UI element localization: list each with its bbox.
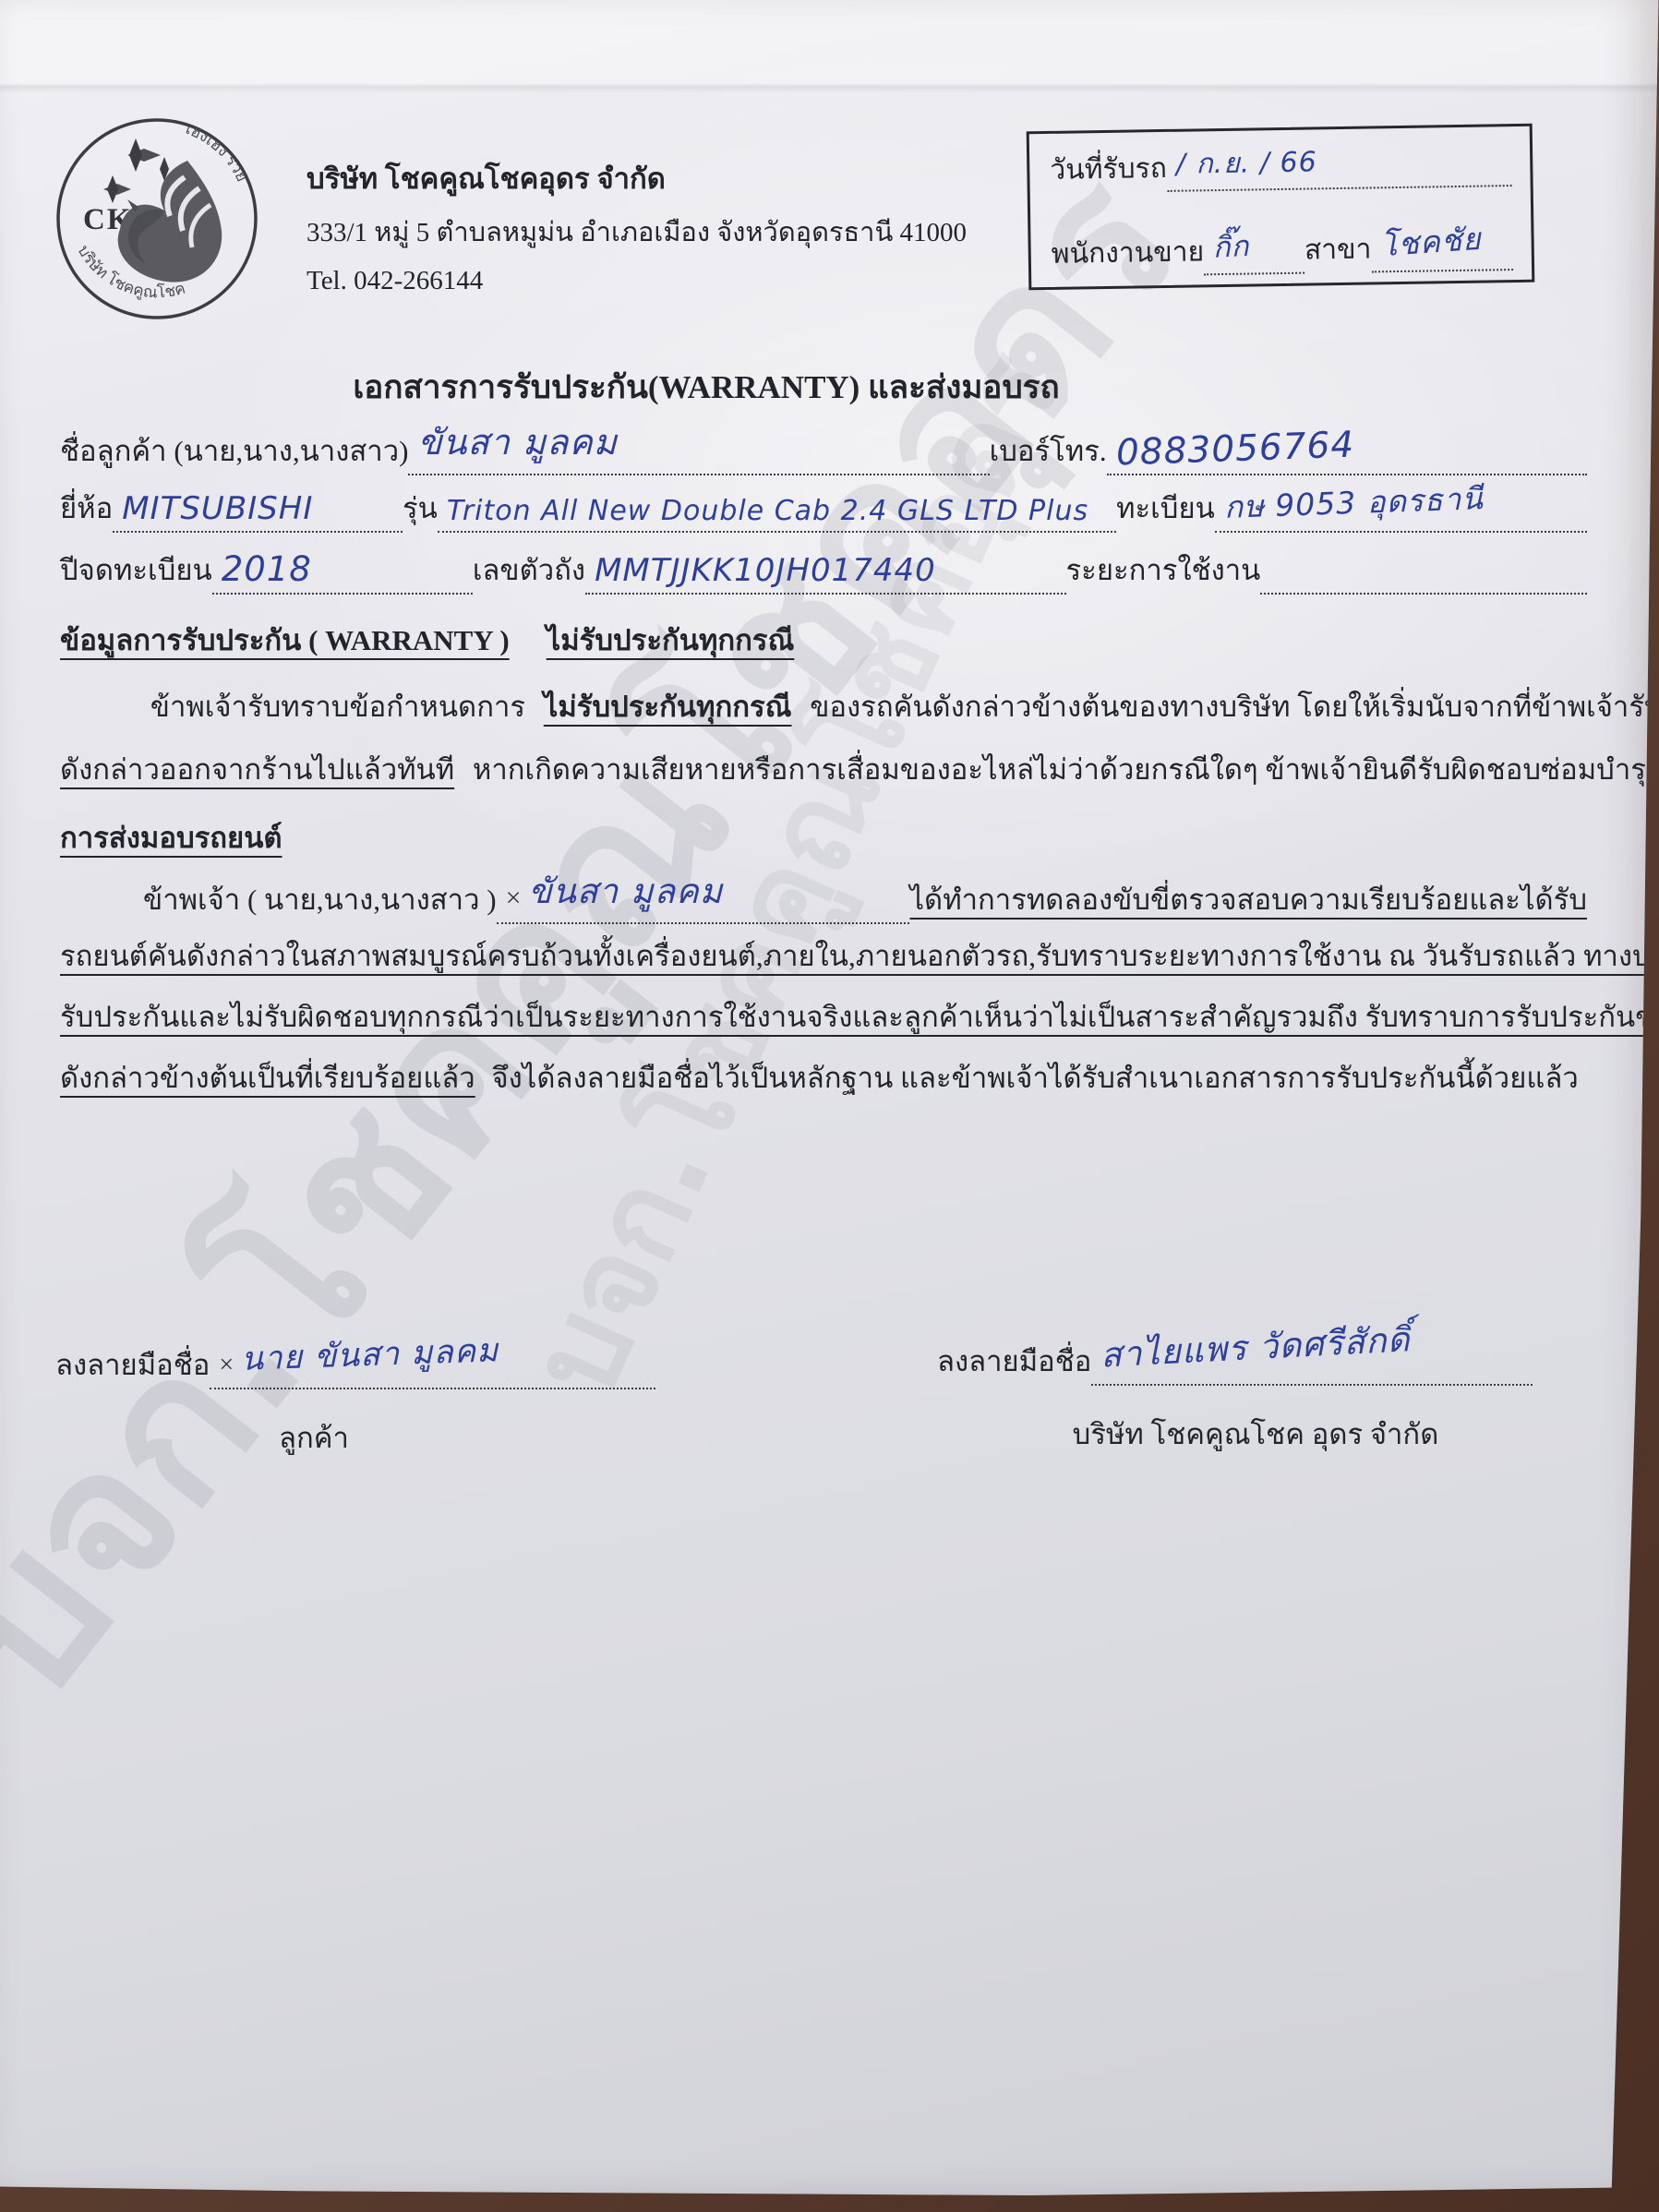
customer-signature-field: × นาย ขันสา มูลคม [210,1337,655,1389]
delivery-line3: รับประกันและไม่รับผิดชอบทุกกรณีว่าเป็นระ… [60,995,1587,1040]
document-page: บจก.โชคคูณโชคอุดร บจก.โชคคูณโชคอุดร เฮงเ… [0,0,1659,2212]
customer-role-label: ลูกค้า [55,1414,572,1461]
receipt-date-field: / ก.ย. / 66 [1167,141,1512,192]
warranty-section-heading: ข้อมูลการรับประกัน ( WARRANTY ) ไม่รับปร… [60,617,794,663]
warranty-paragraph-line1: ข้าพเจ้ารับทราบข้อกำหนดการ ไม่รับประกันท… [60,685,1587,729]
delivery-name-field: × ขันสา มูลคม [497,868,910,924]
company-signature-field: สาไยแพร วัดศรีสักดิ์ [1091,1329,1533,1386]
reg-year-field: 2018 [212,553,473,595]
vehicle-line: ยี่ห้อ MITSUBISHI รุ่น Triton All New Do… [60,482,1587,533]
receipt-date-line: วันที่รับรถ / ก.ย. / 66 [1050,141,1512,194]
brand-label: ยี่ห้อ [60,485,113,533]
customer-signature-label: ลงลายมือชื่อ [55,1341,210,1389]
customer-name-value: ขันสา มูลคม [417,414,617,470]
registration-line: ปีจดทะเบียน 2018 เลขตัวถัง MMTJJKK10JH01… [60,547,1587,595]
customer-signature-line: ลงลายมือชื่อ × นาย ขันสา มูลคม [55,1337,655,1389]
vin-label: เลขตัวถัง [473,547,585,595]
warranty-p2-emphasis: ดังกล่าวออกจากร้านไปแล้วทันที [60,753,454,786]
plate-value: กษ 9053 อุดรธานี [1223,474,1485,532]
warranty-p1-rest: ของรถคันดังกล่าวข้างต้นของทางบริษัท โดยใ… [810,691,1659,723]
receipt-date-value: / ก.ย. / 66 [1175,140,1317,186]
warranty-heading-text: ข้อมูลการรับประกัน ( WARRANTY ) [60,617,510,663]
reg-year-label: ปีจดทะเบียน [60,547,212,595]
warranty-p2-rest: หากเกิดความเสียหายหรือการเสื่อมของอะไหล่… [473,753,1659,786]
document-title: เอกสารการรับประกัน(WARRANTY) และส่งมอบรถ [120,362,1292,413]
company-signature-line: ลงลายมือชื่อ สาไยแพร วัดศรีสักดิ์ [937,1329,1533,1386]
company-name: บริษัท โชคคูณโชคอุดร จำกัด [307,155,666,201]
customer-line: ชื่อลูกค้า (นาย,นาง,นางสาว) ขันสา มูลคม … [60,417,1587,475]
warranty-p1-intro: ข้าพเจ้ารับทราบข้อกำหนดการ [150,691,525,723]
delivery-name-mark: × [506,883,522,913]
company-signature-label: ลงลายมือชื่อ [937,1338,1091,1386]
mileage-field [1260,593,1587,595]
delivery-line2: รถยนต์คันดังกล่าวในสภาพสมบูรณ์ครบถ้วนทั้… [60,934,1587,979]
brand-field: MITSUBISHI [113,494,403,533]
phone-value: 0883056764 [1115,425,1355,475]
customer-name-field: ขันสา มูลคม [408,417,989,475]
plate-field: กษ 9053 อุดรธานี [1215,482,1587,533]
company-signature-value: สาไยแพร วัดศรีสักดิ์ [1100,1312,1412,1382]
receipt-box: วันที่รับรถ / ก.ย. / 66 พนักงานขาย กิ๊ก … [1027,124,1535,291]
delivery-section-heading: การส่งมอบรถยนต์ [60,814,283,860]
customer-name-label: ชื่อลูกค้า (นาย,นาง,นางสาว) [60,427,408,475]
delivery-name-value: ขันสา มูลคม [528,864,723,919]
salesperson-label: พนักงานขาย [1051,230,1204,278]
model-value: Triton All New Double Cab 2.4 GLS LTD Pl… [447,495,1088,527]
customer-signature-mark: × [219,1351,234,1379]
vin-value: MMTJJKK10JH017440 [595,552,936,589]
phone-field: 0883056764 [1107,432,1587,475]
branch-label: สาขา [1304,227,1372,273]
warranty-heading-note: ไม่รับประกันทุกกรณี [547,617,795,663]
warranty-p1-emphasis: ไม่รับประกันทุกกรณี [544,691,792,723]
delivery-line1-rest: ได้ทำการทดลองขับขี่ตรวจสอบความเรียบร้อยแ… [909,876,1587,924]
plate-label: ทะเบียน [1116,485,1215,533]
delivery-line1: ข้าพเจ้า ( นาย,นาง,นางสาว ) × ขันสา มูลค… [60,868,1587,924]
logo-stars-icon [103,138,169,203]
receipt-sales-line: พนักงานขาย กิ๊ก สาขา โชคชัย [1051,220,1513,278]
company-phone: Tel. 042-266144 [307,266,483,296]
receipt-date-label: วันที่รับรถ [1050,147,1167,194]
brand-value: MITSUBISHI [122,490,313,527]
reg-year-value: 2018 [222,549,312,589]
salesperson-value: กิ๊ก [1212,222,1251,270]
company-address: 333/1 หมู่ 5 ตำบลหมูม่น อำเภอเมือง จังหว… [307,210,967,253]
model-label: รุ่น [403,485,438,533]
branch-field: โชคชัย [1371,220,1513,272]
customer-signature-value: นาย ขันสา มูลคม [240,1325,499,1385]
mileage-label: ระยะการใช้งาน [1066,547,1261,595]
delivery-line4-emphasis: ดังกล่าวข้างต้นเป็นที่เรียบร้อยแล้ว [60,1062,475,1094]
company-role-label: บริษัท โชคคูณโชค อุดร จำกัด [960,1411,1551,1457]
salesperson-field: กิ๊ก [1204,226,1305,276]
delivery-line4: ดังกล่าวข้างต้นเป็นที่เรียบร้อยแล้ว จึงไ… [60,1056,1587,1100]
branch-value: โชคชัย [1379,214,1483,270]
warranty-paragraph-line2: ดังกล่าวออกจากร้านไปแล้วทันที หากเกิดควา… [60,748,1587,792]
delivery-line4-rest: จึงได้ลงลายมือชื่อไว้เป็นหลักฐาน และข้าพ… [491,1062,1578,1094]
company-logo: เฮงเฮง รวย บริษัท โชคคูณโชค CKC [46,103,268,334]
model-field: Triton All New Double Cab 2.4 GLS LTD Pl… [438,498,1116,533]
phone-label: เบอร์โทร. [990,427,1107,475]
delivery-declarer-label: ข้าพเจ้า ( นาย,นาง,นางสาว ) [60,876,497,924]
pegasus-icon [118,161,222,283]
vin-field: MMTJJKK10JH017440 [585,556,1065,595]
